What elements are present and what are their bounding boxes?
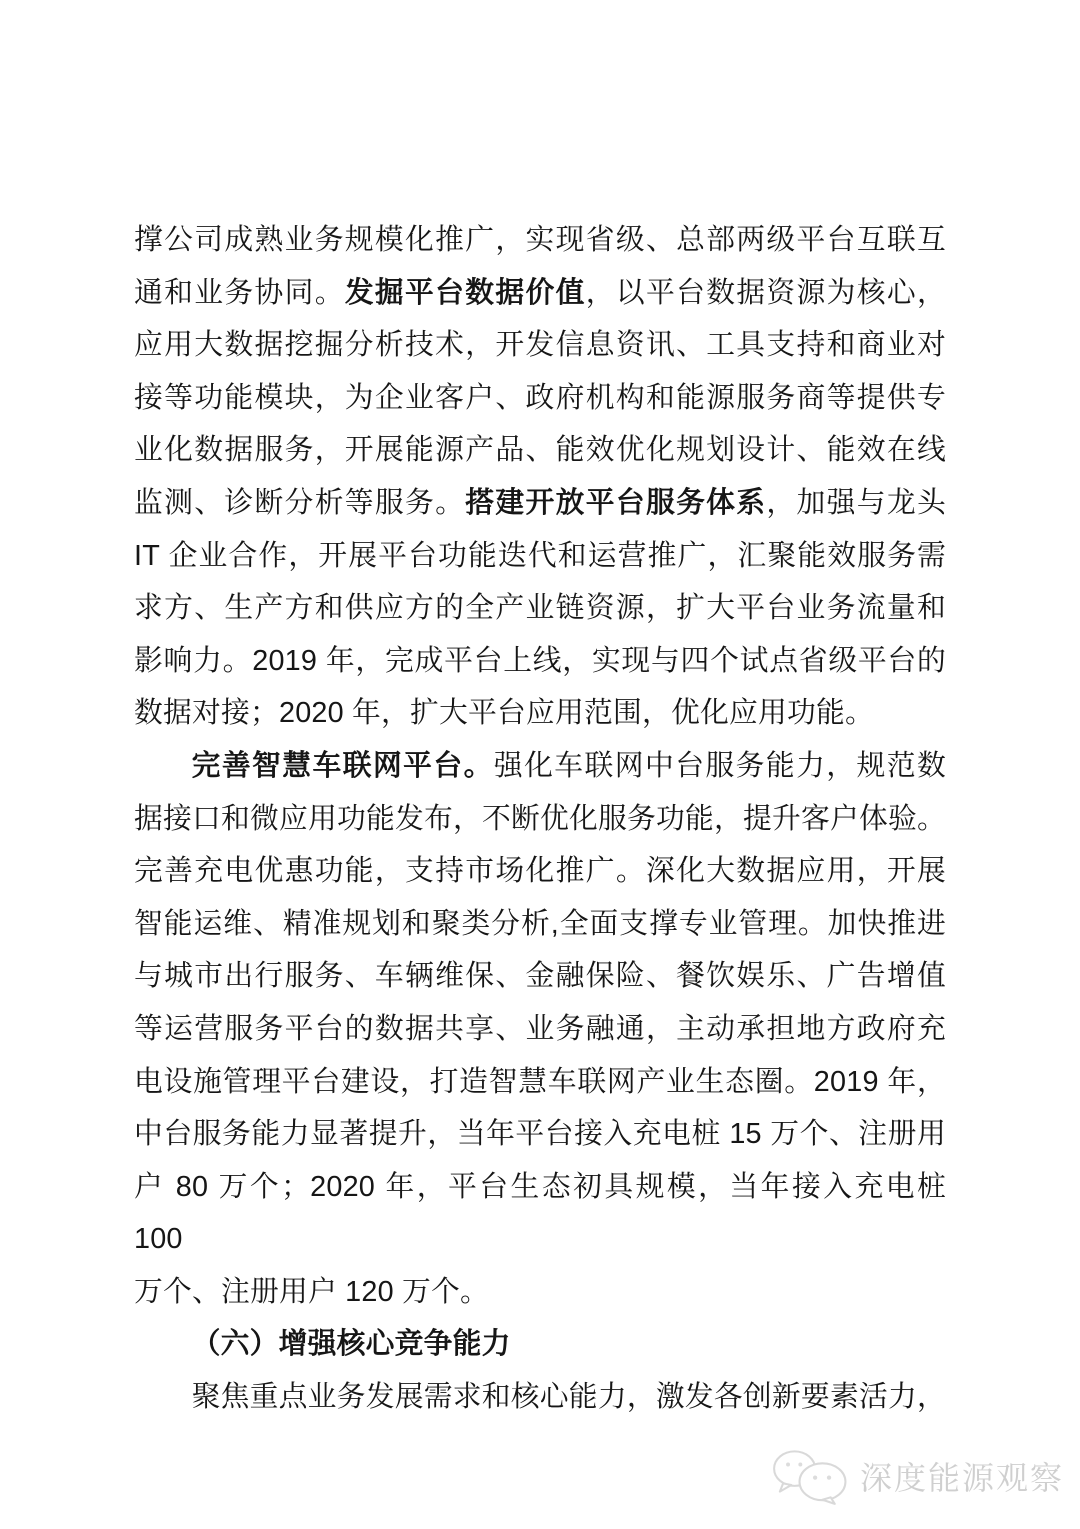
document-body: 撑公司成熟业务规模化推广，实现省级、总部两级平台互联互通和业务协同。发掘平台数据… [134, 214, 946, 1424]
text-line: 等运营服务平台的数据共享、业务融通，主动承担地方政府充 [134, 1003, 946, 1056]
text-line: 应用大数据挖掘分析技术，开发信息资讯、工具支持和商业对 [134, 319, 946, 372]
text-line: 户 80 万个；2020 年，平台生态初具规模，当年接入充电桩 100 [134, 1161, 946, 1266]
text-line: 求方、生产方和供应方的全产业链资源，扩大平台业务流量和 [134, 582, 946, 635]
text-line: 万个、注册用户 120 万个。 [134, 1266, 946, 1319]
text-line: 接等功能模块，为企业客户、政府机构和能源服务商等提供专 [134, 372, 946, 425]
text-line: 完善充电优惠功能，支持市场化推广。深化大数据应用，开展 [134, 845, 946, 898]
text-line: 聚焦重点业务发展需求和核心能力，激发各创新要素活力， [134, 1371, 946, 1424]
text-line: 中台服务能力显著提升，当年平台接入充电桩 15 万个、注册用 [134, 1108, 946, 1161]
paragraph: 撑公司成熟业务规模化推广，实现省级、总部两级平台互联互通和业务协同。发掘平台数据… [134, 214, 946, 740]
text-line: 影响力。2019 年，完成平台上线，实现与四个试点省级平台的 [134, 635, 946, 688]
text-line: （六）增强核心竞争能力 [134, 1318, 946, 1371]
text-line: 通和业务协同。发掘平台数据价值，以平台数据资源为核心， [134, 267, 946, 320]
section-heading: （六）增强核心竞争能力 [134, 1318, 946, 1371]
text-line: 业化数据服务，开展能源产品、能效优化规划设计、能效在线 [134, 424, 946, 477]
text-line: 监测、诊断分析等服务。搭建开放平台服务体系，加强与龙头 [134, 477, 946, 530]
text-line: 完善智慧车联网平台。强化车联网中台服务能力，规范数 [134, 740, 946, 793]
watermark: 深度能源观察 [770, 1447, 1064, 1505]
wechat-icon [770, 1447, 852, 1505]
text-line: 与城市出行服务、车辆维保、金融保险、餐饮娱乐、广告增值 [134, 950, 946, 1003]
text-line: IT 企业合作，开展平台功能迭代和运营推广，汇聚能效服务需 [134, 530, 946, 583]
text-line: 据接口和微应用功能发布，不断优化服务功能，提升客户体验。 [134, 793, 946, 846]
watermark-label: 深度能源观察 [860, 1453, 1064, 1499]
paragraph: 聚焦重点业务发展需求和核心能力，激发各创新要素活力， [134, 1371, 946, 1424]
text-line: 撑公司成熟业务规模化推广，实现省级、总部两级平台互联互 [134, 214, 946, 267]
document-page: 撑公司成熟业务规模化推广，实现省级、总部两级平台互联互通和业务协同。发掘平台数据… [0, 0, 1080, 1529]
text-line: 电设施管理平台建设，打造智慧车联网产业生态圈。2019 年， [134, 1056, 946, 1109]
paragraph: 完善智慧车联网平台。强化车联网中台服务能力，规范数据接口和微应用功能发布，不断优… [134, 740, 946, 1319]
text-line: 智能运维、精准规划和聚类分析,全面支撑专业管理。加快推进 [134, 898, 946, 951]
text-line: 数据对接；2020 年，扩大平台应用范围，优化应用功能。 [134, 687, 946, 740]
